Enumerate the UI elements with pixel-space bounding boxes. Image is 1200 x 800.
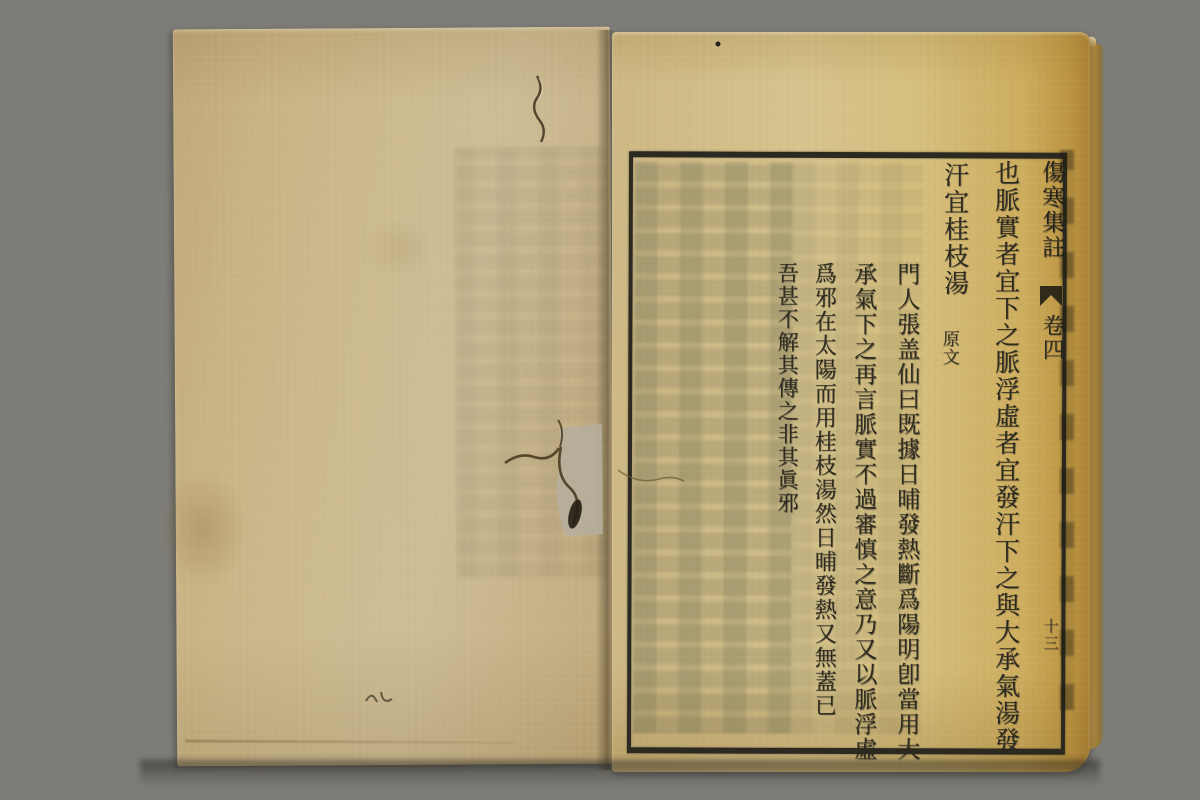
text-column-6: 吾甚不解其傳之非其眞邪 xyxy=(775,262,798,562)
show-through-text xyxy=(633,161,793,734)
text-column-3: 門人張盖仙曰既據日晡發熱斷爲陽明卽當用大 xyxy=(893,262,918,748)
crease-line xyxy=(185,740,515,744)
text-column-1: 也脈實者宜下之脈浮虛者宜發汗下之與大承氣湯發 xyxy=(992,160,1020,750)
photo-background: 也脈實者宜下之脈浮虛者宜發汗下之與大承氣湯發 汗宜桂枝湯 原文 門人張盖仙曰既據… xyxy=(0,0,1200,800)
volume-number: 卷四 xyxy=(1039,314,1063,362)
book-title: 傷寒集註 xyxy=(1038,160,1063,260)
text-column-2-main: 汗宜桂枝湯 xyxy=(941,162,970,297)
paper-texture xyxy=(173,27,614,767)
show-through-text xyxy=(454,147,607,578)
left-page xyxy=(173,27,614,767)
folio-number: 十三 xyxy=(1042,618,1059,652)
source-note-label: 原文 xyxy=(939,330,958,366)
text-column-4: 承氣下之再言脈實不過審慎之意乃又以脈浮虛 xyxy=(850,262,875,748)
text-column-2: 汗宜桂枝湯 原文 xyxy=(941,162,969,412)
text-column-5: 爲邪在太陽而用桂枝湯然日晡發熱又無蓋已 xyxy=(811,262,835,732)
right-page: 也脈實者宜下之脈浮虛者宜發汗下之與大承氣湯發 汗宜桂枝湯 原文 門人張盖仙曰既據… xyxy=(612,32,1090,772)
stain xyxy=(364,218,434,278)
book-shadow xyxy=(140,760,1100,786)
stain xyxy=(157,469,248,590)
